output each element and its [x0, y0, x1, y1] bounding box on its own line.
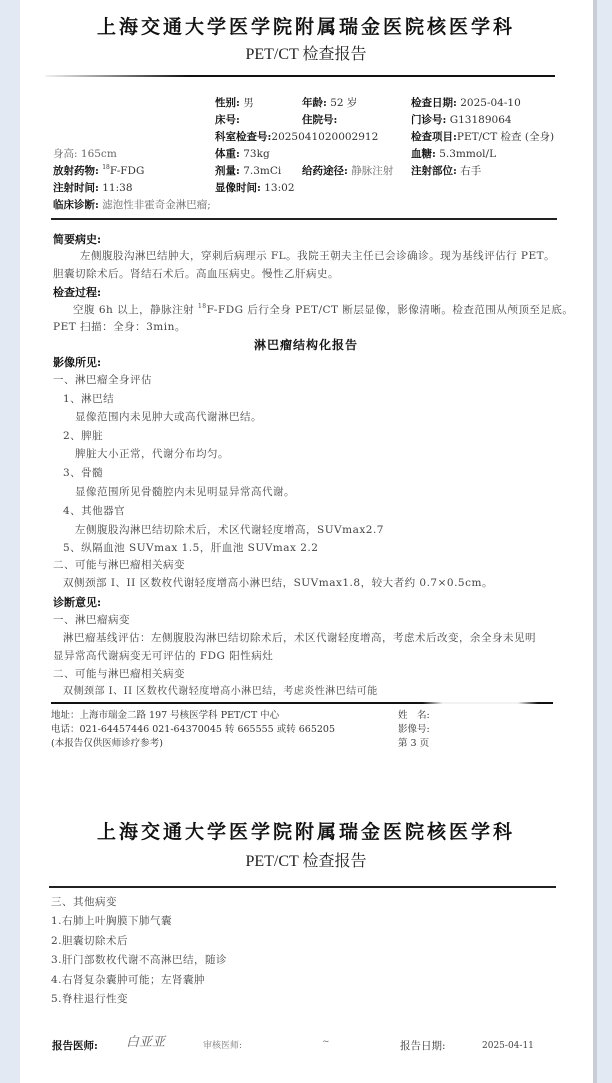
route-field: 给药途径: 静脉注射 — [302, 166, 393, 177]
finding-item-title: 3、骨髓 — [63, 468, 103, 479]
footer-phone: 电话：021-64457446 021-64370045 转 665555 或转… — [51, 725, 335, 735]
diagnosis-section-2: 二、可能与淋巴瘤相关病变 — [53, 669, 185, 680]
findings-section-2: 二、可能与淋巴瘤相关病变 — [53, 560, 185, 571]
footer-divider — [51, 702, 553, 704]
procedure-line: PET 扫描：全身：3min。 — [53, 322, 186, 333]
dept-exam-no-field: 科室检查号:2025041020002912 — [215, 132, 378, 143]
report-title-page-2: PET/CT 检查报告 — [0, 854, 612, 870]
page-edge — [593, 0, 597, 1083]
finding-item-title: 4、其他器官 — [63, 506, 125, 517]
diagnosis-section-1: 一、淋巴瘤病变 — [53, 615, 130, 626]
header-divider — [45, 75, 555, 77]
history-heading: 简要病史: — [53, 234, 101, 245]
finding-item-title: 5、纵隔血池 SUVmax 1.5，肝血池 SUVmax 2.2 — [63, 543, 318, 554]
height-field: 身高: 165cm — [53, 149, 117, 160]
footer-disclaimer: (本报告仅供医师诊疗参考) — [51, 739, 163, 749]
injection-site-field: 注射部位: 右手 — [411, 166, 481, 177]
reviewing-physician-signature: ~ — [322, 1038, 330, 1047]
reporting-physician-label: 报告医师: — [52, 1041, 98, 1052]
finding-item-detail: 显像范围内未见肿大或高代谢淋巴结。 — [75, 412, 262, 423]
finding-item-detail: 左侧腹股沟淋巴结切除术后，术区代谢轻度增高，SUVmax2.7 — [75, 525, 384, 536]
dose-field: 剂量: 7.3mCi — [215, 166, 281, 177]
other-lesion-item: 2.胆囊切除术后 — [51, 936, 128, 947]
age-field: 年龄: 52 岁 — [302, 98, 357, 109]
inpatient-no-field: 住院号: — [302, 115, 337, 126]
other-lesion-item: 1.右肺上叶胸膜下肺气囊 — [51, 916, 172, 927]
other-lesion-item: 4.右肾复杂囊肿可能；左肾囊肿 — [51, 975, 205, 986]
weight-field: 体重: 73kg — [215, 149, 270, 160]
findings-section-1: 一、淋巴瘤全身评估 — [53, 375, 152, 386]
footer-page-number: 第 3 页 — [398, 739, 429, 749]
injection-time-field: 注射时间: 11:38 — [53, 183, 133, 194]
hospital-title: 上海交通大学医学院附属瑞金医院核医学科 — [0, 18, 612, 37]
finding-item-detail: 脾脏大小正常，代谢分布均匀。 — [75, 449, 229, 460]
reviewing-physician-label: 审核医师: — [203, 1042, 242, 1051]
other-lesions-heading: 三、其他病变 — [51, 897, 117, 908]
footer-address: 地址：上海市瑞金二路 197 号核医学科 PET/CT 中心 — [51, 711, 279, 721]
footer-name-label: 姓 名: — [398, 711, 430, 721]
header-divider-page-2 — [49, 886, 556, 888]
reporting-physician-signature: 白亚亚 — [126, 1036, 165, 1049]
diagnosis-line: 显异常高代谢病变无可评估的 FDG 阳性病灶 — [53, 651, 273, 662]
info-divider — [51, 218, 557, 220]
hospital-title-page-2: 上海交通大学医学院附属瑞金医院核医学科 — [0, 823, 612, 842]
exam-item-field: 检查项目:PET/CT 检查 (全身) — [411, 132, 554, 143]
other-lesion-item: 3.肝门部数枚代谢不高淋巴结，随诊 — [51, 955, 227, 966]
diagnosis-line: 淋巴瘤基线评估：左侧腹股沟淋巴结切除术后，术区代谢轻度增高，考虑术后改变，余全身… — [63, 633, 536, 644]
sex-field: 性别: 男 — [215, 98, 254, 109]
footer-image-no-label: 影像号: — [398, 725, 430, 735]
procedure-heading: 检查过程: — [53, 287, 101, 298]
diagnosis-heading: 诊断意见: — [53, 597, 101, 608]
findings-heading: 影像所见: — [53, 357, 101, 368]
report-date: 2025-04-11 — [482, 1042, 534, 1051]
clinical-diagnosis-field: 临床诊断: 滤泡性非霍奇金淋巴瘤; — [53, 200, 211, 211]
imaging-time-field: 显像时间: 13:02 — [215, 183, 295, 194]
blood-glucose-field: 血糖: 5.3mmol/L — [411, 149, 496, 160]
report-title: PET/CT 检查报告 — [0, 47, 612, 63]
procedure-line: 空腹 6h 以上，静脉注射 18F-FDG 后行全身 PET/CT 断层显像，影… — [73, 305, 573, 316]
finding-item-detail: 显像范围所见骨髓腔内未见明显异常高代谢。 — [75, 487, 295, 498]
exam-date-field: 检查日期: 2025-04-10 — [411, 98, 521, 109]
finding-item-title: 2、脾脏 — [63, 431, 103, 442]
history-line: 左侧腹股沟淋巴结肿大，穿刺后病理示 FL。我院王朝夫主任已会诊确诊。现为基线评估… — [80, 251, 555, 262]
finding-item-title: 1、淋巴结 — [63, 394, 114, 405]
findings-section-2-detail: 双侧颈部 I、II 区数枚代谢轻度增高小淋巴结，SUVmax1.8，较大者约 0… — [63, 578, 493, 589]
outpatient-no-field: 门诊号: G13189064 — [411, 115, 512, 126]
bed-no-field: 床号: — [215, 115, 240, 126]
other-lesion-item: 5.脊柱退行性变 — [51, 994, 128, 1005]
structured-report-title: 淋巴瘤结构化报告 — [0, 339, 612, 351]
tracer-field: 放射药物: 18F-FDG — [53, 166, 144, 177]
history-line: 胆囊切除术后。肾结石术后。高血压病史。慢性乙肝病史。 — [53, 269, 339, 280]
diagnosis-section-2-detail: 双侧颈部 I、II 区数枚代谢轻度增高小淋巴结，考虑炎性淋巴结可能 — [63, 687, 378, 697]
report-date-label: 报告日期: — [400, 1041, 446, 1052]
